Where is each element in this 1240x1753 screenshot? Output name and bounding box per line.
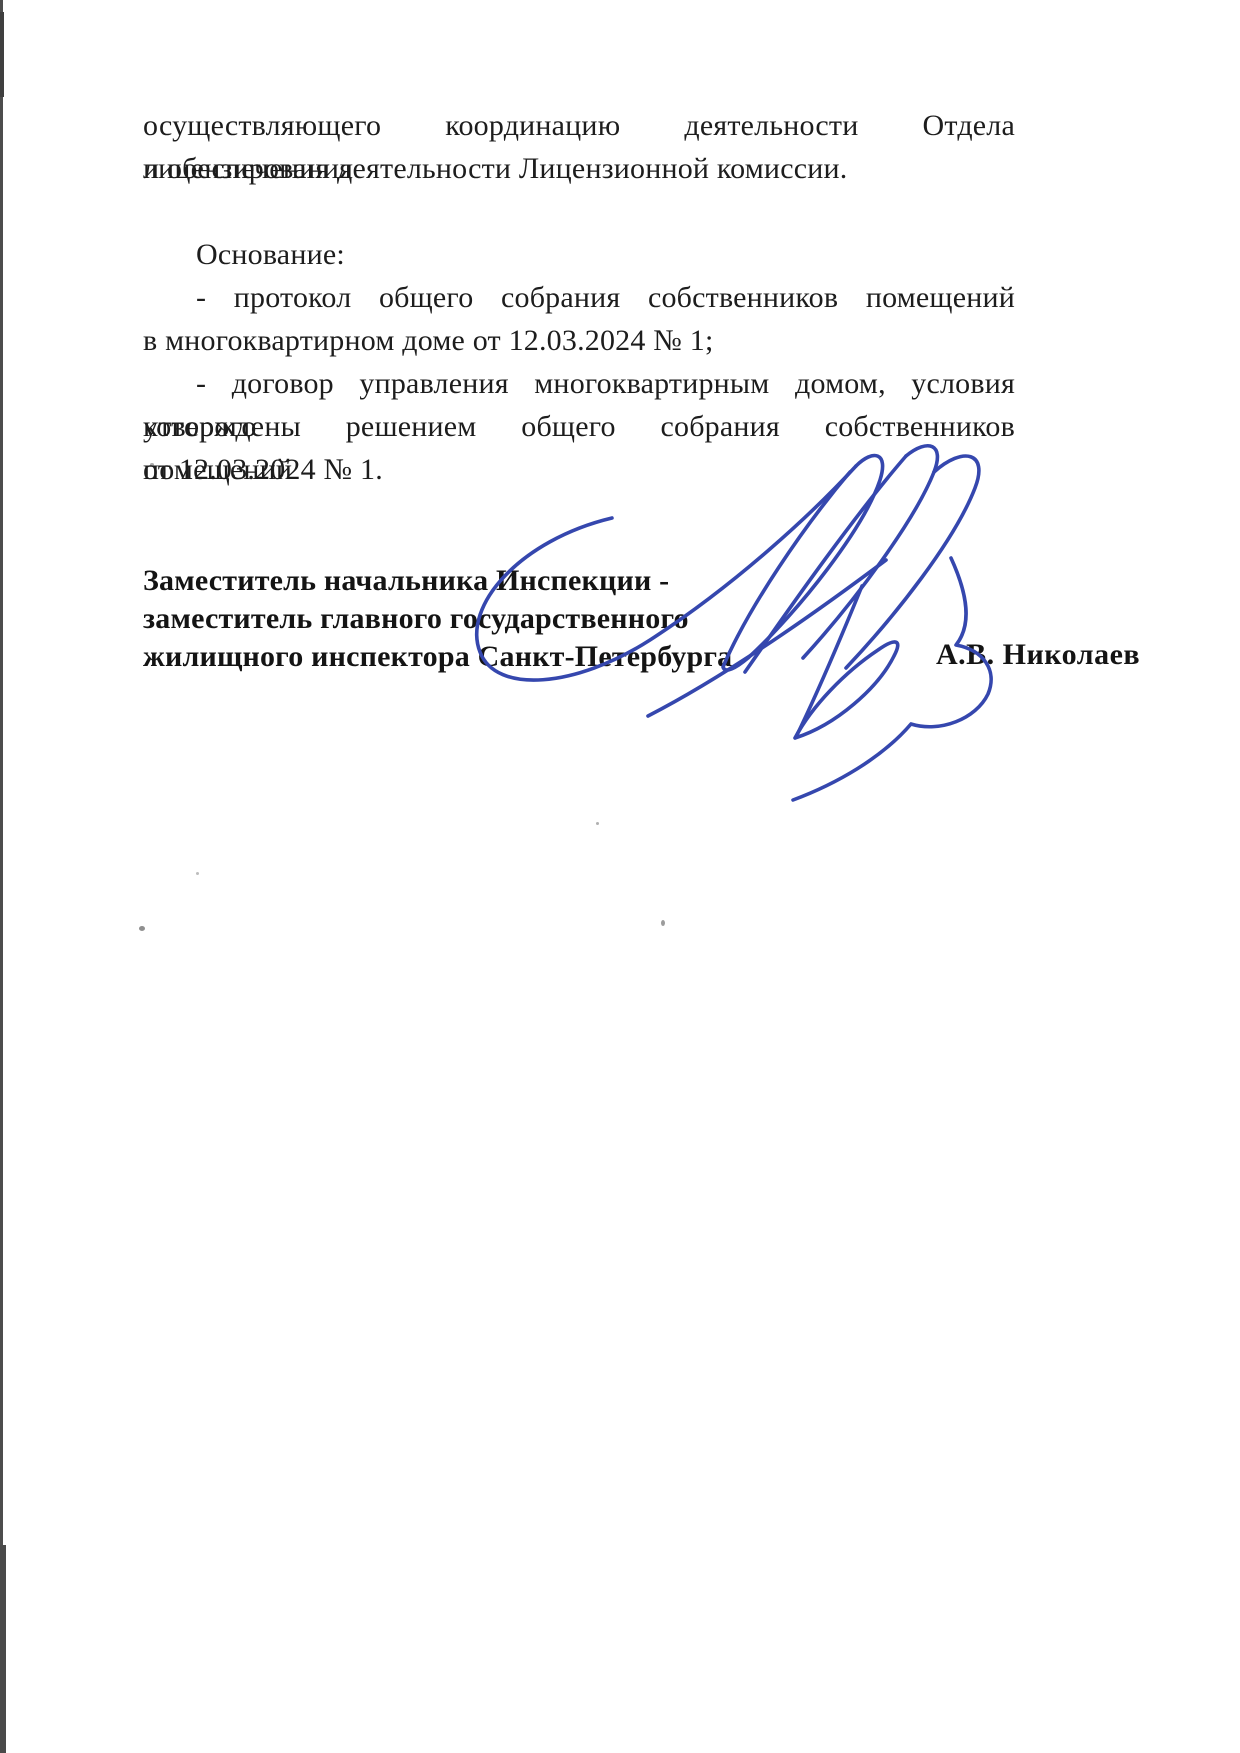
paragraph1-line1: осуществляющего координацию деятельности… [143,104,1015,147]
scan-speck [596,822,599,825]
scan-edge-line [0,0,3,1753]
basis-heading: Основание: [143,233,1015,276]
basis-item1-line1-text: - протокол общего собрания собственников… [196,281,1015,314]
scan-speck [196,872,199,875]
scan-speck [139,926,145,931]
signature-stroke-loop3 [846,456,979,668]
scan-speck [661,920,665,926]
signature-stroke-oval [477,466,856,680]
basis-item1-line1: - протокол общего собрания собственников… [143,276,1015,319]
signature-stroke-loop1 [723,456,883,671]
blank-line [143,190,1015,233]
scan-edge-line-bottom [0,1545,6,1753]
handwritten-signature-icon [450,435,1040,820]
scan-edge-line-top [0,12,4,97]
basis-item2-line1: - договор управления многоквартирным дом… [143,362,1015,405]
document-body-text: осуществляющего координацию деятельности… [143,104,1015,491]
scanned-document-page: осуществляющего координацию деятельности… [0,0,1240,1753]
basis-item1-line2: в многоквартирном доме от 12.03.2024 № 1… [143,319,1015,362]
signature-stroke-loop2 [803,446,937,658]
paragraph1-line2: и обеспечения деятельности Лицензионной … [143,147,1015,190]
signature-stroke-leaf [795,642,898,738]
